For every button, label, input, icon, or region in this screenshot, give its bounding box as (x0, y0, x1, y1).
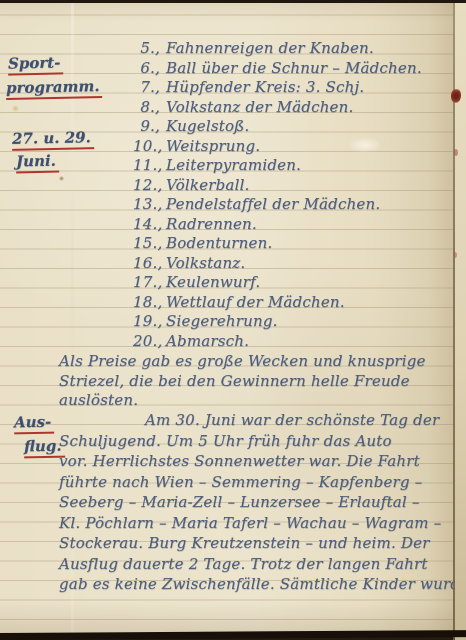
list-item-18: 18.,Wettlauf der Mädchen. (133, 293, 453, 313)
item-text: Radrennen. (166, 215, 257, 233)
item-text: Pendelstaffel der Mädchen. (166, 195, 380, 213)
list-item-6: 6.,Ball über die Schnur – Mädchen. (133, 59, 453, 79)
list-item-17: 17.,Keulenwurf. (133, 273, 453, 293)
list-item-12: 12.,Völkerball. (133, 176, 453, 196)
item-text: Siegerehrung. (166, 312, 278, 330)
margin-heading-trip-word1: Aus- (14, 413, 55, 435)
margin-date-word2: Juni. (16, 152, 59, 174)
item-number: 13., (133, 195, 160, 213)
brown-stain (59, 176, 64, 181)
item-text: Wettlauf der Mädchen. (166, 293, 345, 311)
excursion-line: Seeberg – Maria-Zell – Lunzersee – Erlau… (59, 493, 455, 514)
item-number: 8., (133, 98, 160, 116)
next-page-edge (455, 0, 466, 640)
margin-date-line2: Juni. (16, 152, 59, 173)
list-item-15: 15.,Bodenturnen. (133, 234, 453, 254)
item-number: 14., (133, 215, 160, 233)
excursion-line: Stockerau. Burg Kreutzenstein – und heim… (59, 534, 455, 555)
margin-heading-sport-word1: Sport- (8, 53, 64, 75)
item-text: Leiterpyramiden. (166, 156, 301, 174)
list-item-19: 19.,Siegerehrung. (133, 312, 453, 332)
margin-date-word1: 27. u. 29. (12, 128, 94, 151)
item-number: 5., (133, 39, 160, 57)
list-item-16: 16.,Volkstanz. (133, 254, 453, 274)
item-text: Abmarsch. (166, 332, 249, 350)
item-number: 11., (133, 156, 160, 174)
excursion-line: führte nach Wien – Semmering – Kapfenber… (59, 473, 455, 494)
excursion-line: Kl. Pöchlarn – Maria Taferl – Wachau – W… (59, 514, 455, 535)
list-item-9: 9.,Kugelstoß. (133, 117, 453, 137)
prizes-line: Als Preise gab es große Wecken und knusp… (59, 352, 455, 372)
sport-program-list: 5.,Fahnenreigen der Knaben. 6.,Ball über… (133, 39, 453, 351)
excursion-line: gab es keine Zwischenfälle. Sämtliche Ki… (59, 575, 455, 596)
excursion-line: Schuljugend. Um 5 Uhr früh fuhr das Auto (59, 432, 455, 453)
item-number: 7., (133, 78, 160, 96)
prizes-paragraph: Als Preise gab es große Wecken und knusp… (59, 352, 455, 411)
item-text: Hüpfender Kreis: 3. Schj. (166, 78, 364, 96)
list-item-14: 14.,Radrennen. (133, 215, 453, 235)
item-number: 18., (133, 293, 160, 311)
item-number: 9., (133, 117, 160, 135)
excursion-line: Am 30. Juni war der schönste Tag der (59, 411, 455, 432)
item-text: Kugelstoß. (166, 117, 249, 135)
margin-heading-sport-line2: programm. (6, 78, 102, 99)
item-text: Weitsprung. (166, 137, 260, 155)
item-text: Völkerball. (166, 176, 250, 194)
list-item-20: 20.,Abmarsch. (133, 332, 453, 352)
yellow-stain (12, 105, 19, 112)
item-text: Volkstanz der Mädchen. (166, 98, 353, 116)
item-number: 20., (133, 332, 160, 350)
scan-edge-top (0, 0, 466, 3)
scan-edge-bottom (0, 630, 466, 640)
scanned-notebook-page: Sport- programm. 27. u. 29. Juni. Aus- f… (0, 0, 466, 640)
item-number: 17., (133, 273, 160, 291)
list-item-13: 13.,Pendelstaffel der Mädchen. (133, 195, 453, 215)
item-number: 15., (133, 234, 160, 252)
prizes-line: auslösten. (59, 391, 455, 411)
excursion-line: Ausflug dauerte 2 Tage. Trotz der langen… (59, 555, 455, 576)
excursion-paragraph: Am 30. Juni war der schönste Tag der Sch… (59, 411, 455, 596)
list-item-7: 7.,Hüpfender Kreis: 3. Schj. (133, 78, 453, 98)
item-text: Volkstanz. (166, 254, 245, 272)
page-edge-line (453, 0, 455, 640)
list-item-5: 5.,Fahnenreigen der Knaben. (133, 39, 453, 59)
excursion-line: vor. Herrlichstes Sonnenwetter war. Die … (59, 452, 455, 473)
item-number: 10., (133, 137, 160, 155)
margin-heading-trip-line1: Aus- (14, 413, 54, 434)
list-item-8: 8.,Volkstanz der Mädchen. (133, 98, 453, 118)
list-item-11: 11.,Leiterpyramiden. (133, 156, 453, 176)
item-text: Fahnenreigen der Knaben. (166, 39, 374, 57)
item-number: 16., (133, 254, 160, 272)
item-number: 12., (133, 176, 160, 194)
item-number: 6., (133, 59, 160, 77)
margin-date-line1: 27. u. 29. (12, 129, 94, 150)
item-text: Ball über die Schnur – Mädchen. (166, 59, 422, 77)
margin-heading-sport-word2: programm. (6, 77, 103, 100)
list-item-10: 10.,Weitsprung. (133, 137, 453, 157)
item-number: 19., (133, 312, 160, 330)
margin-heading-sport-line1: Sport- (8, 54, 63, 75)
item-text: Bodenturnen. (166, 234, 272, 252)
prizes-line: Striezel, die bei den Gewinnern helle Fr… (59, 372, 455, 392)
paper-sheet: Sport- programm. 27. u. 29. Juni. Aus- f… (0, 3, 455, 634)
item-text: Keulenwurf. (166, 273, 260, 291)
